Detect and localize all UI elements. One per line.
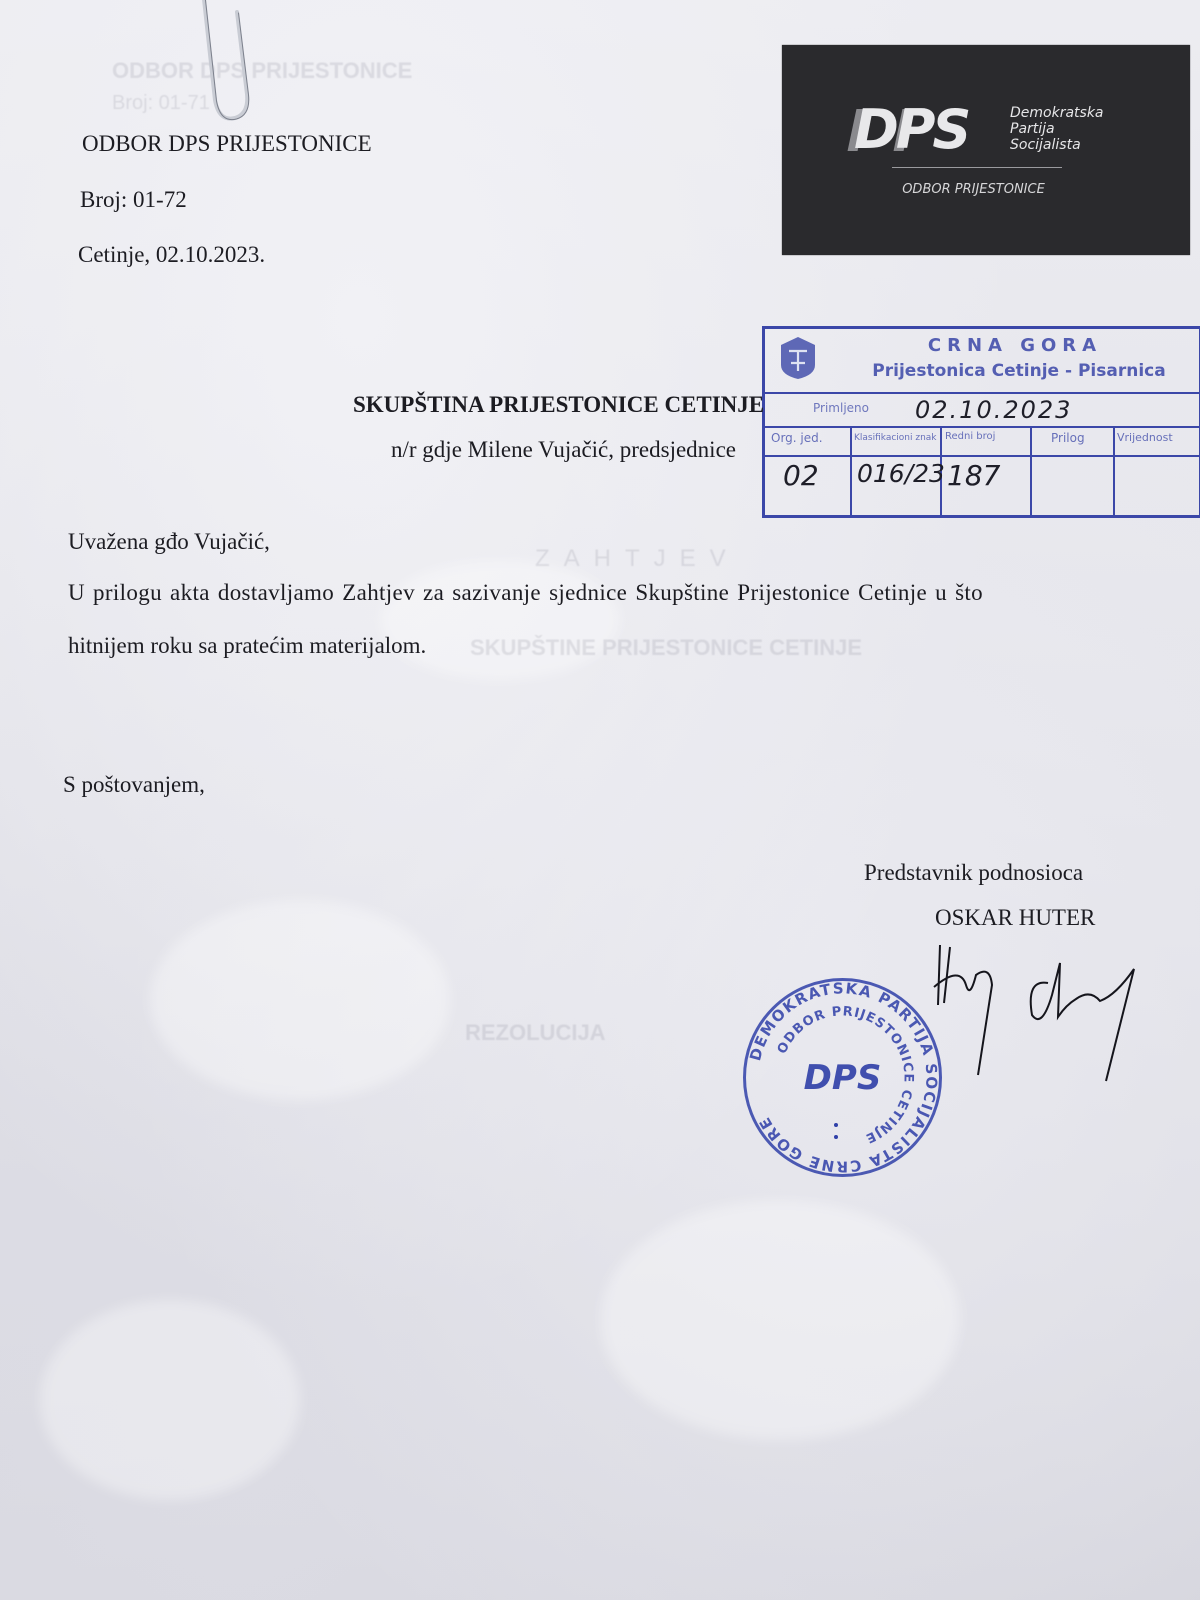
bleed-through-text: ODBOR DPS PRIJESTONICE: [112, 58, 412, 84]
signer-role: Predstavnik podnosioca: [864, 861, 1083, 884]
logo-branch: ODBOR PRIJESTONICE: [782, 182, 1190, 197]
document-number: Broj: 01-72: [80, 188, 187, 211]
bleed-through-text: SKUPŠTINE PRIJESTONICE CETINJE: [470, 635, 862, 661]
signer-name: OSKAR HUTER: [935, 906, 1095, 929]
recipient-title: SKUPŠTINA PRIJESTONICE CETINJE: [353, 393, 764, 416]
bleed-through-text: ZAHTJEV: [535, 545, 740, 573]
paper-crease: [600, 1200, 960, 1440]
dps-logo: DPS Demokratska Partija Socijalista ODBO…: [782, 45, 1190, 255]
logo-line-3: Socijalista: [1010, 137, 1104, 153]
stamp-col-header: Klasifikacioni znak: [854, 433, 937, 443]
stamp-col-divider: [1030, 426, 1032, 515]
stamp-col-header: Org. jed.: [771, 431, 823, 445]
body-paragraph-line-1: U prilogu akta dostavljamo Zahtjev za sa…: [68, 581, 983, 604]
stamp-org-unit-value: 02: [783, 459, 819, 492]
stamp-col-divider: [850, 426, 852, 515]
logo-fullname: Demokratska Partija Socijalista: [1010, 105, 1104, 153]
stamp-serial-value: 187: [947, 459, 1000, 492]
paper-crease: [150, 900, 450, 1100]
stamp-rule: [765, 392, 1199, 394]
place-date: Cetinje, 02.10.2023.: [78, 243, 265, 266]
logo-divider: [892, 167, 1062, 168]
stamp-received-label: Primljeno: [813, 401, 869, 415]
stamp-col-header: Prilog: [1051, 431, 1085, 445]
receipt-stamp: CRNA GORA Prijestonica Cetinje - Pisarni…: [762, 326, 1200, 518]
paper-crease: [380, 560, 620, 680]
salutation: Uvažena gđo Vujačić,: [68, 530, 270, 553]
seal-dot: [834, 1135, 838, 1139]
seal-center-acronym: DPS: [804, 1058, 882, 1098]
stamp-header-office: Prijestonica Cetinje - Pisarnica: [835, 361, 1200, 381]
stamp-col-divider: [1113, 426, 1115, 515]
recipient-attention: n/r gdje Milene Vujačić, predsjednice: [391, 438, 736, 461]
logo-line-2: Partija: [1010, 121, 1104, 137]
logo-acronym: DPS: [854, 103, 968, 157]
stamp-received-date: 02.10.2023: [915, 396, 1072, 424]
body-paragraph-line-2: hitnijem roku sa pratećim materijalom.: [68, 634, 426, 657]
stamp-class-value: 016/23: [857, 459, 945, 488]
bleed-through-text: REZOLUCIJA: [465, 1020, 606, 1046]
seal-dot: [834, 1123, 838, 1127]
handwritten-signature: [930, 935, 1170, 1095]
logo-line-1: Demokratska: [1010, 105, 1104, 121]
paper-crease: [40, 1300, 300, 1500]
stamp-rule: [765, 426, 1199, 428]
coat-of-arms-icon: [777, 335, 819, 381]
org-name: ODBOR DPS PRIJESTONICE: [82, 132, 372, 155]
stamp-col-header: Redni broj: [945, 431, 995, 442]
stamp-rule: [765, 455, 1199, 457]
party-seal: DEMOKRATSKA PARTIJA SOCIJALISTA CRNE GOR…: [740, 975, 945, 1180]
stamp-col-header: Vrijednost: [1117, 431, 1173, 444]
closing: S poštovanjem,: [63, 773, 205, 796]
stamp-header-country: CRNA GORA: [835, 335, 1195, 356]
document-page: ODBOR DPS PRIJESTONICE Broj: 01-71 ZAHTJ…: [0, 0, 1200, 1600]
paperclip-icon: [185, 0, 255, 130]
